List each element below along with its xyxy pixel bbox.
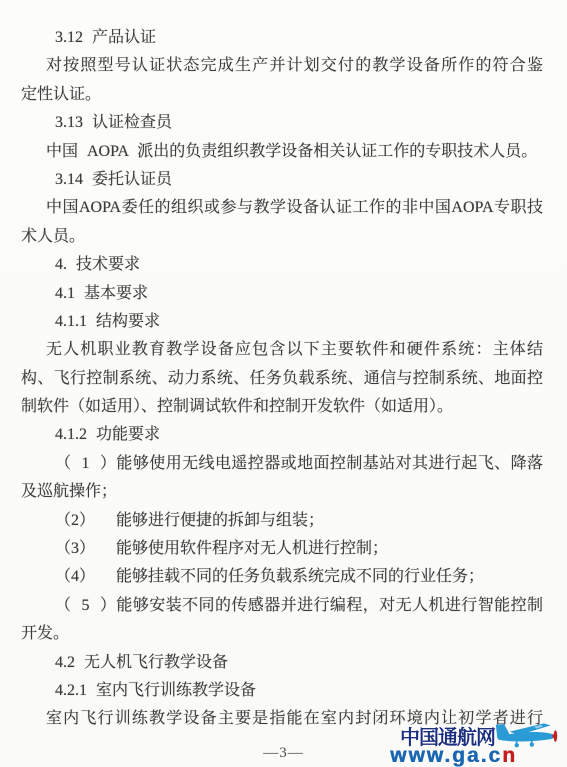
text-line: （3）能够使用软件程序对无人机进行控制；	[55, 535, 543, 563]
text-line: 术人员。	[21, 223, 543, 251]
text-line: 3.13 认证检查员	[55, 109, 543, 137]
item-text: 能够使用软件程序对无人机进行控制；	[116, 540, 388, 557]
text-line: 开发。	[21, 620, 543, 648]
text-line: 4.1.1 结构要求	[55, 308, 543, 336]
item-number: （4）	[55, 563, 116, 591]
text-line: （2）能够进行便捷的拆卸与组装；	[55, 507, 543, 535]
item-text: 能够安装不同的传感器并进行编程，对无人机进行智能控制	[116, 597, 543, 614]
text-line: 3.12 产品认证	[55, 24, 543, 52]
text-line: 无人机职业教育教学设备应包含以下主要软件和硬件系统：主体结	[46, 336, 543, 364]
text-line: （4）能够挂载不同的任务负载系统完成不同的行业任务；	[55, 563, 543, 591]
text-line: （1）能够使用无线电遥控器或地面控制基站对其进行起飞、降落	[55, 450, 543, 478]
document-body: 3.12 产品认证对按照型号认证状态完成生产并计划交付的教学设备所作的符合鉴定性…	[21, 24, 543, 734]
document-page: 3.12 产品认证对按照型号认证状态完成生产并计划交付的教学设备所作的符合鉴定性…	[0, 0, 567, 767]
item-text: 能够挂载不同的任务负载系统完成不同的行业任务；	[116, 568, 484, 585]
item-number: （3）	[55, 535, 116, 563]
text-line: 3.14 委托认证员	[55, 166, 543, 194]
item-text: 能够使用无线电遥控器或地面控制基站对其进行起飞、降落	[116, 455, 543, 472]
text-line: 中国AOPA委任的组织或参与教学设备认证工作的非中国AOPA专职技	[46, 194, 543, 222]
site-watermark: 中国通航网 www.ga.cn	[390, 723, 566, 765]
text-line: 4.1 基本要求	[55, 280, 543, 308]
text-line: （5）能够安装不同的传感器并进行编程，对无人机进行智能控制	[55, 592, 543, 620]
item-number: （2）	[55, 507, 116, 535]
text-line: 及巡航操作；	[21, 478, 543, 506]
text-line: 4.2 无人机飞行教学设备	[55, 649, 543, 677]
url-accent-letter: n	[502, 744, 517, 767]
item-number: （1）	[55, 450, 116, 478]
text-line: 制软件（如适用）、控制调试软件和控制开发软件（如适用）。	[21, 393, 543, 421]
text-line: 4.2.1 室内飞行训练教学设备	[55, 677, 543, 705]
text-line: 定性认证。	[21, 81, 543, 109]
watermark-site-url: www.ga.cn	[390, 747, 566, 765]
url-main-text: www.ga.c	[390, 744, 502, 767]
text-line: 中国 AOPA 派出的负责组织教学设备相关认证工作的专职技术人员。	[46, 138, 543, 166]
item-number: （5）	[55, 592, 116, 620]
text-line: 构、飞行控制系统、动力系统、任务负载系统、通信与控制系统、地面控	[21, 365, 543, 393]
text-line: 对按照型号认证状态完成生产并计划交付的教学设备所作的符合鉴	[46, 52, 543, 80]
text-line: 4.1.2 功能要求	[55, 421, 543, 449]
item-text: 能够进行便捷的拆卸与组装；	[116, 512, 324, 529]
text-line: 4. 技术要求	[55, 251, 543, 279]
